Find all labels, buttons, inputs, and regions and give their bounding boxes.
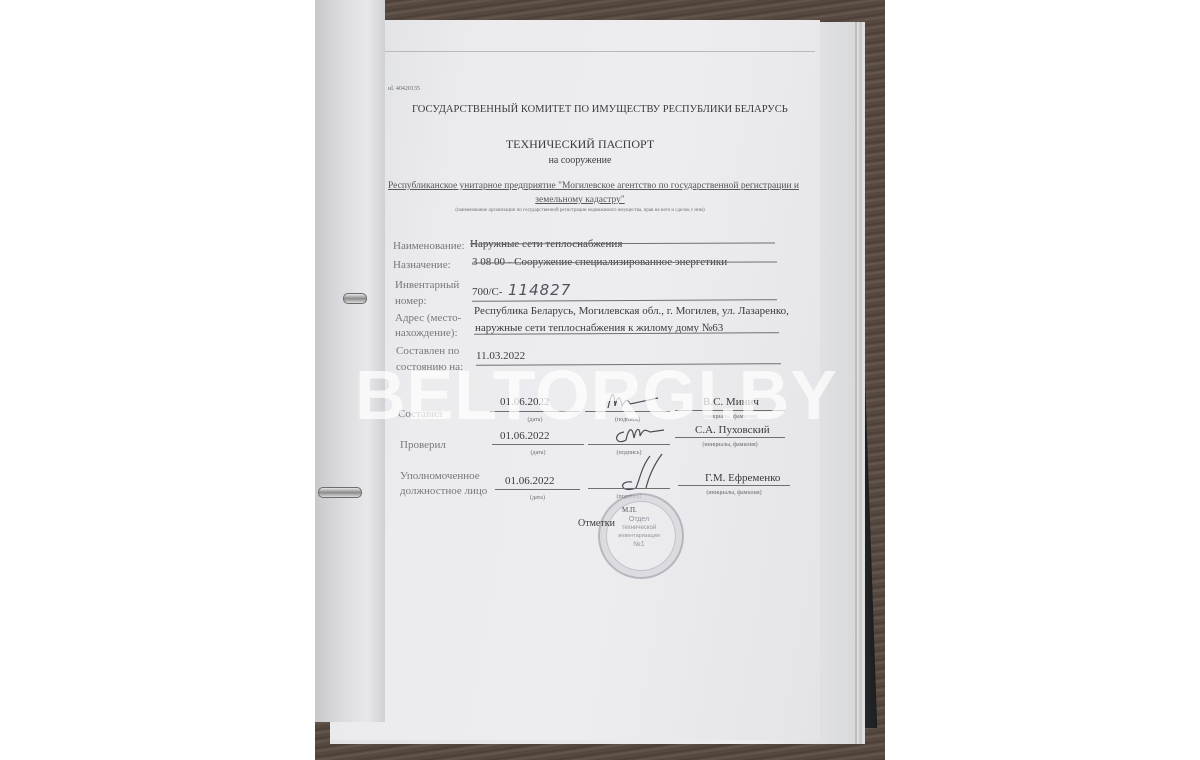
signature-scribble-icon [610, 452, 680, 496]
field-label: нахождение): [395, 325, 458, 341]
binder-ring-icon [343, 293, 367, 304]
date-underline [495, 489, 580, 490]
page-top-rule [385, 51, 815, 52]
organization-caption: (наименование организации по государстве… [330, 208, 830, 213]
reference-code: нl. 40420135 [388, 86, 420, 92]
document-title: ТЕХНИЧЕСКИЙ ПАСПОРТ [330, 137, 830, 152]
field-value: Республика Беларусь, Могилевская обл., г… [474, 305, 789, 317]
signature-role: Уполномоченное [400, 468, 480, 484]
field-label: Наименование: [393, 238, 465, 254]
authority-heading: ГОСУДАРСТВЕННЫЙ КОМИТЕТ ПО ИМУЩЕСТВУ РЕС… [412, 104, 788, 115]
date-underline [492, 444, 584, 445]
organization-line-1: Республиканское унитарное предприятие "М… [388, 181, 799, 191]
stamp-text-line: №1 [598, 541, 680, 548]
name-underline [678, 485, 790, 486]
notes-label: Отметки [578, 518, 615, 529]
initials-caption: (инициалы, фамилия) [678, 490, 790, 496]
signatory-name: Г.М. Ефременко [705, 472, 780, 484]
binder-ring-icon [318, 487, 362, 498]
stamp-text-line: инвентаризации [598, 533, 680, 539]
field-label: номер: [395, 293, 427, 309]
handwritten-inventory-number: 114827 [508, 281, 571, 299]
signature-underline [588, 488, 670, 489]
signature-role: должностное лицо [400, 483, 487, 499]
signature-role: Проверил [400, 437, 446, 453]
seal-label: М.П. [622, 506, 637, 514]
field-label: Назначение: [393, 257, 451, 273]
field-label: Адрес (место- [395, 310, 461, 326]
field-label: Инвентарный [395, 277, 459, 293]
date-caption: (дата) [495, 495, 580, 501]
signature-date: 01.06.2022 [505, 475, 555, 487]
initials-caption: (инициалы, фамилия) [675, 442, 785, 448]
watermark: BELTORGI.BY [355, 360, 855, 430]
date-caption: (дата) [492, 450, 584, 456]
name-underline [675, 437, 785, 438]
field-value: 700/С- [472, 286, 503, 298]
organization-line-2: земельному кадастру" [330, 195, 830, 205]
signature-underline [588, 444, 670, 445]
document-subtitle: на сооружение [330, 155, 830, 166]
